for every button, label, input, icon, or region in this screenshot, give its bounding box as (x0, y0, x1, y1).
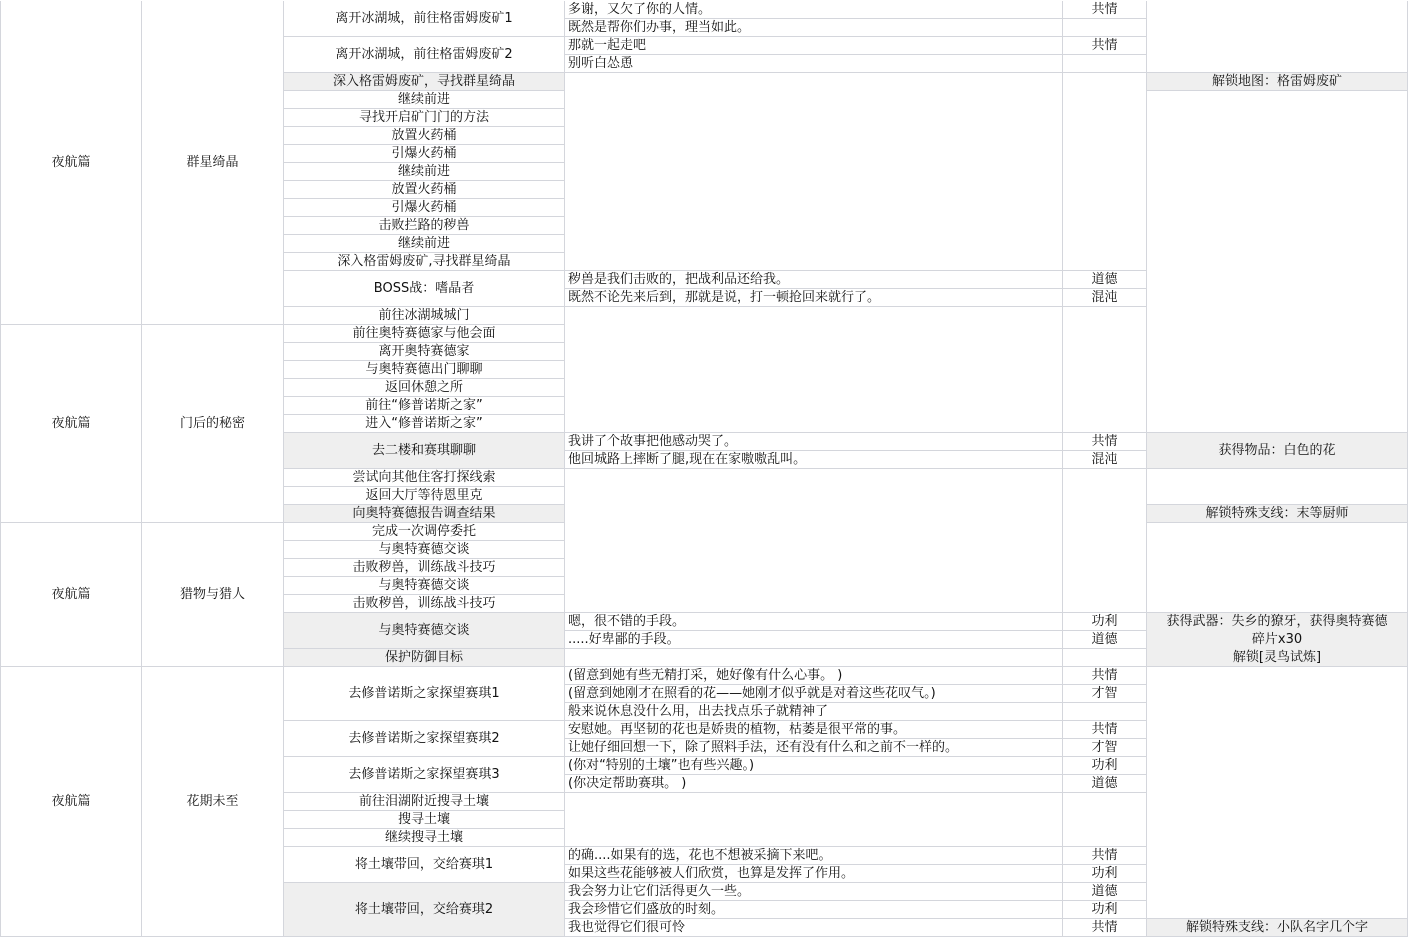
step-cell[interactable]: 引爆火药桶 (284, 199, 565, 217)
attribute-cell[interactable]: 共情 (1063, 721, 1147, 739)
attribute-cell[interactable]: 才智 (1063, 739, 1147, 757)
dialog-option-cell[interactable]: 如果这些花能够被人们欣赏，也算是发挥了作用。 (565, 865, 1063, 883)
attribute-cell[interactable]: 道德 (1063, 271, 1147, 289)
attribute-cell[interactable]: 功利 (1063, 613, 1147, 631)
step-cell[interactable]: 去二楼和赛琪聊聊 (284, 433, 565, 469)
reward-line: 解锁地图：格雷姆废矿 (1212, 73, 1342, 91)
attribute-cell[interactable]: 功利 (1063, 901, 1147, 919)
step-cell[interactable]: BOSS战：嗜晶者 (284, 271, 565, 307)
dialog-option-cell[interactable]: .....好卑鄙的手段。 (565, 631, 1063, 649)
attribute-cell[interactable] (1063, 73, 1147, 271)
attribute-cell[interactable]: 共情 (1063, 847, 1147, 865)
attribute-cell[interactable]: 混沌 (1063, 289, 1147, 307)
mission-cell[interactable]: 花期未至 (142, 667, 284, 937)
chapter-cell[interactable]: 夜航篇 (0, 325, 142, 523)
step-cell[interactable]: 放置火药桶 (284, 181, 565, 199)
attribute-cell[interactable]: 混沌 (1063, 451, 1147, 469)
dialog-option-cell[interactable]: 我讲了个故事把他感动哭了。 (565, 433, 1063, 451)
step-cell[interactable]: 深入格雷姆废矿，寻找群星绮晶 (284, 73, 565, 91)
step-cell[interactable]: 与奥特赛德出门聊聊 (284, 361, 565, 379)
dialog-option-cell[interactable]: 既然不论先来后到，那就是说，打一顿抢回来就行了。 (565, 289, 1063, 307)
step-cell[interactable]: 继续前进 (284, 91, 565, 109)
chapter-cell[interactable]: 夜航篇 (0, 667, 142, 937)
attribute-cell[interactable] (1063, 649, 1147, 667)
step-cell[interactable]: 前往“修普诺斯之家” (284, 397, 565, 415)
step-cell[interactable]: 进入“修普诺斯之家” (284, 415, 565, 433)
dialog-option-cell[interactable]: (你决定帮助赛琪。 ) (565, 775, 1063, 793)
step-cell[interactable]: 去修普诺斯之家探望赛琪3 (284, 757, 565, 793)
step-cell[interactable]: 离开冰湖城，前往格雷姆废矿1 (284, 1, 565, 37)
step-cell[interactable]: 击败拦路的秽兽 (284, 217, 565, 235)
dialog-option-cell[interactable]: 我会珍惜它们盛放的时刻。 (565, 901, 1063, 919)
step-cell[interactable]: 完成一次调停委托 (284, 523, 565, 541)
step-cell[interactable]: 离开奥特赛德家 (284, 343, 565, 361)
dialog-option-cell[interactable]: 多谢，又欠了你的人情。 (565, 1, 1063, 19)
attribute-cell[interactable]: 功利 (1063, 865, 1147, 883)
attribute-cell[interactable]: 共情 (1063, 37, 1147, 55)
attribute-cell[interactable]: 道德 (1063, 631, 1147, 649)
dialog-option-cell[interactable]: 安慰她。再坚韧的花也是娇贵的植物，枯萎是很平常的事。 (565, 721, 1063, 739)
mission-cell[interactable]: 猎物与猎人 (142, 523, 284, 667)
step-cell[interactable]: 与奥特赛德交谈 (284, 577, 565, 595)
reward-line: 解锁特殊支线：末等厨师 (1205, 505, 1348, 523)
reward-cell[interactable] (1147, 1, 1408, 73)
attribute-cell[interactable]: 共情 (1063, 919, 1147, 937)
reward-cell[interactable]: 解锁特殊支线：末等厨师 (1147, 505, 1408, 523)
dialog-option-cell[interactable]: 般来说休息没什么用，出去找点乐子就精神了 (565, 703, 1063, 721)
step-cell[interactable]: 离开冰湖城，前往格雷姆废矿2 (284, 37, 565, 73)
dialog-option-cell[interactable]: 让她仔细回想一下，除了照料手法，还有没有什么和之前不一样的。 (565, 739, 1063, 757)
step-cell[interactable]: 继续前进 (284, 235, 565, 253)
step-cell[interactable]: 前往奥特赛德家与他会面 (284, 325, 565, 343)
step-cell[interactable]: 深入格雷姆废矿,寻找群星绮晶 (284, 253, 565, 271)
attribute-cell[interactable]: 共情 (1063, 1, 1147, 19)
dialog-option-cell[interactable]: 别听白怂恿 (565, 55, 1063, 73)
dialog-option-cell[interactable]: 他回城路上摔断了腿,现在在家嗷嗷乱叫。 (565, 451, 1063, 469)
dialog-option-cell[interactable] (565, 307, 1063, 433)
reward-line: 解锁[灵鸟试炼] (1233, 649, 1321, 667)
dialog-option-cell[interactable] (565, 73, 1063, 271)
reward-cell[interactable] (1147, 91, 1408, 433)
step-cell[interactable]: 引爆火药桶 (284, 145, 565, 163)
step-cell[interactable]: 搜寻土壤 (284, 811, 565, 829)
step-cell[interactable]: 保护防御目标 (284, 649, 565, 667)
attribute-cell[interactable]: 共情 (1063, 667, 1147, 685)
dialog-option-cell[interactable]: 既然是帮你们办事，理当如此。 (565, 19, 1063, 37)
chapter-cell[interactable]: 夜航篇 (0, 1, 142, 325)
attribute-cell[interactable] (1063, 469, 1147, 613)
dialog-option-cell[interactable] (565, 793, 1063, 847)
step-cell[interactable]: 尝试向其他住客打探线索 (284, 469, 565, 487)
attribute-cell[interactable]: 共情 (1063, 433, 1147, 451)
mission-cell[interactable]: 门后的秘密 (142, 325, 284, 523)
step-cell[interactable]: 与奥特赛德交谈 (284, 613, 565, 649)
step-cell[interactable]: 将土壤带回，交给赛琪1 (284, 847, 565, 883)
dialog-option-cell[interactable] (565, 469, 1063, 613)
reward-cell[interactable] (1147, 667, 1408, 919)
reward-line: 获得物品：白色的花 (1218, 442, 1335, 460)
dialog-option-cell[interactable] (565, 649, 1063, 667)
attribute-cell[interactable]: 才智 (1063, 685, 1147, 703)
attribute-cell[interactable]: 道德 (1063, 883, 1147, 901)
dialog-option-cell[interactable]: (留意到她刚才在照看的花——她刚才似乎就是对着这些花叹气。) (565, 685, 1063, 703)
attribute-cell[interactable] (1063, 307, 1147, 433)
reward-cell[interactable]: 解锁特殊支线：小队名字几个字 (1147, 919, 1408, 937)
attribute-cell[interactable]: 功利 (1063, 757, 1147, 775)
dialog-option-cell[interactable]: (你对“特别的土壤”也有些兴趣。) (565, 757, 1063, 775)
step-cell[interactable]: 击败秽兽，训练战斗技巧 (284, 595, 565, 613)
attribute-cell[interactable] (1063, 55, 1147, 73)
reward-line: 获得武器：失乡的獠牙，获得奥特赛德 (1166, 613, 1387, 631)
reward-line: 解锁特殊支线：小队名字几个字 (1186, 919, 1368, 937)
mission-cell[interactable]: 群星绮晶 (142, 1, 284, 325)
step-cell[interactable]: 去修普诺斯之家探望赛琪2 (284, 721, 565, 757)
step-cell[interactable]: 前往泪湖附近搜寻土壤 (284, 793, 565, 811)
step-cell[interactable]: 前往冰湖城城门 (284, 307, 565, 325)
step-cell[interactable]: 返回休憩之所 (284, 379, 565, 397)
reward-line: 碎片x30 (1252, 631, 1302, 649)
attribute-cell[interactable] (1063, 703, 1147, 721)
step-cell[interactable]: 继续前进 (284, 163, 565, 181)
step-cell[interactable]: 返回大厅等待恩里克 (284, 487, 565, 505)
reward-cell[interactable]: 获得物品：白色的花 (1147, 433, 1408, 469)
dialog-option-cell[interactable]: (留意到她有些无精打采，她好像有什么心事。 ) (565, 667, 1063, 685)
step-cell[interactable]: 去修普诺斯之家探望赛琪1 (284, 667, 565, 721)
step-cell[interactable]: 击败秽兽，训练战斗技巧 (284, 559, 565, 577)
step-cell[interactable]: 寻找开启矿门门的方法 (284, 109, 565, 127)
reward-cell[interactable]: 获得武器：失乡的獠牙，获得奥特赛德碎片x30解锁[灵鸟试炼] (1147, 613, 1408, 667)
chapter-cell[interactable]: 夜航篇 (0, 523, 142, 667)
attribute-cell[interactable] (1063, 793, 1147, 847)
dialog-option-cell[interactable]: 的确....如果有的选，花也不想被采摘下来吧。 (565, 847, 1063, 865)
reward-cell[interactable] (1147, 523, 1408, 613)
dialog-option-cell[interactable]: 我会努力让它们活得更久一些。 (565, 883, 1063, 901)
step-cell[interactable]: 向奥特赛德报告调查结果 (284, 505, 565, 523)
reward-cell[interactable]: 解锁地图：格雷姆废矿 (1147, 73, 1408, 91)
dialog-option-cell[interactable]: 嗯，很不错的手段。 (565, 613, 1063, 631)
attribute-cell[interactable] (1063, 19, 1147, 37)
reward-cell[interactable] (1147, 469, 1408, 505)
step-cell[interactable]: 与奥特赛德交谈 (284, 541, 565, 559)
step-cell[interactable]: 放置火药桶 (284, 127, 565, 145)
step-cell[interactable]: 继续搜寻土壤 (284, 829, 565, 847)
dialog-option-cell[interactable]: 我也觉得它们很可怜 (565, 919, 1063, 937)
attribute-cell[interactable]: 道德 (1063, 775, 1147, 793)
dialog-option-cell[interactable]: 秽兽是我们击败的，把战利品还给我。 (565, 271, 1063, 289)
dialog-option-cell[interactable]: 那就一起走吧 (565, 37, 1063, 55)
step-cell[interactable]: 将土壤带回，交给赛琪2 (284, 883, 565, 937)
